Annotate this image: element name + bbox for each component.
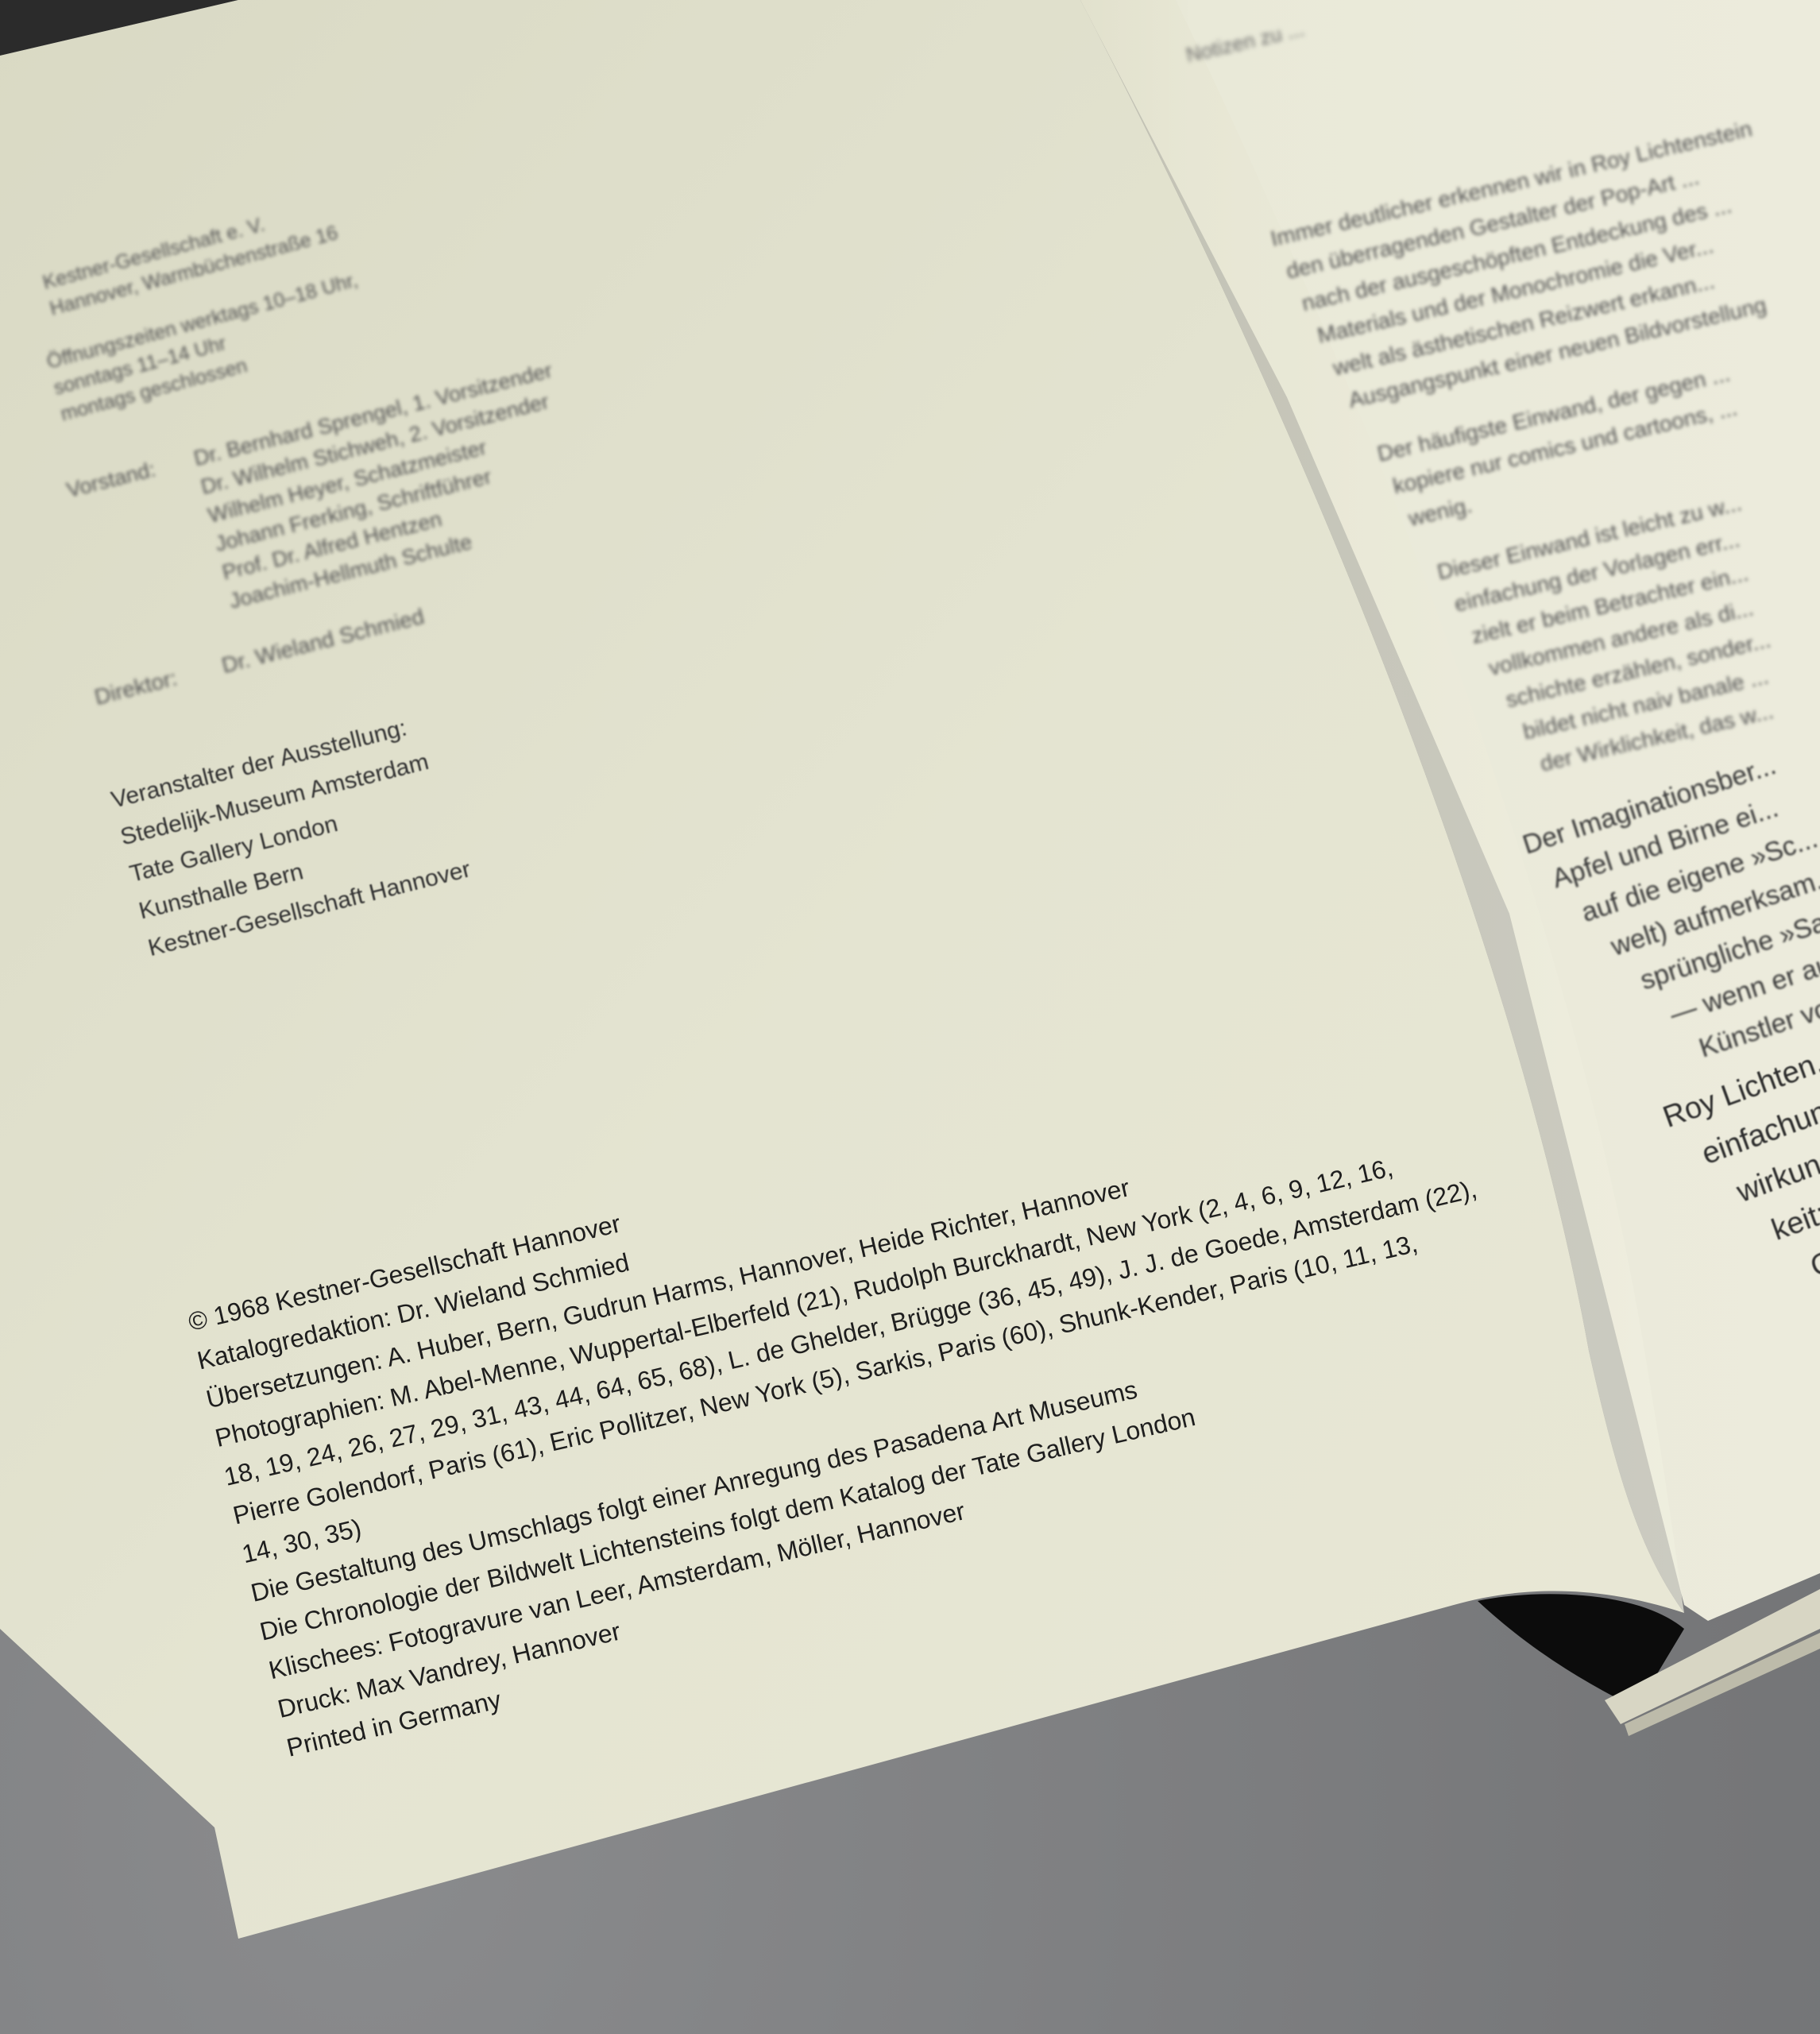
- book-photo: Kestner-Gesellschaft e. V. Hannover, War…: [0, 0, 1820, 2034]
